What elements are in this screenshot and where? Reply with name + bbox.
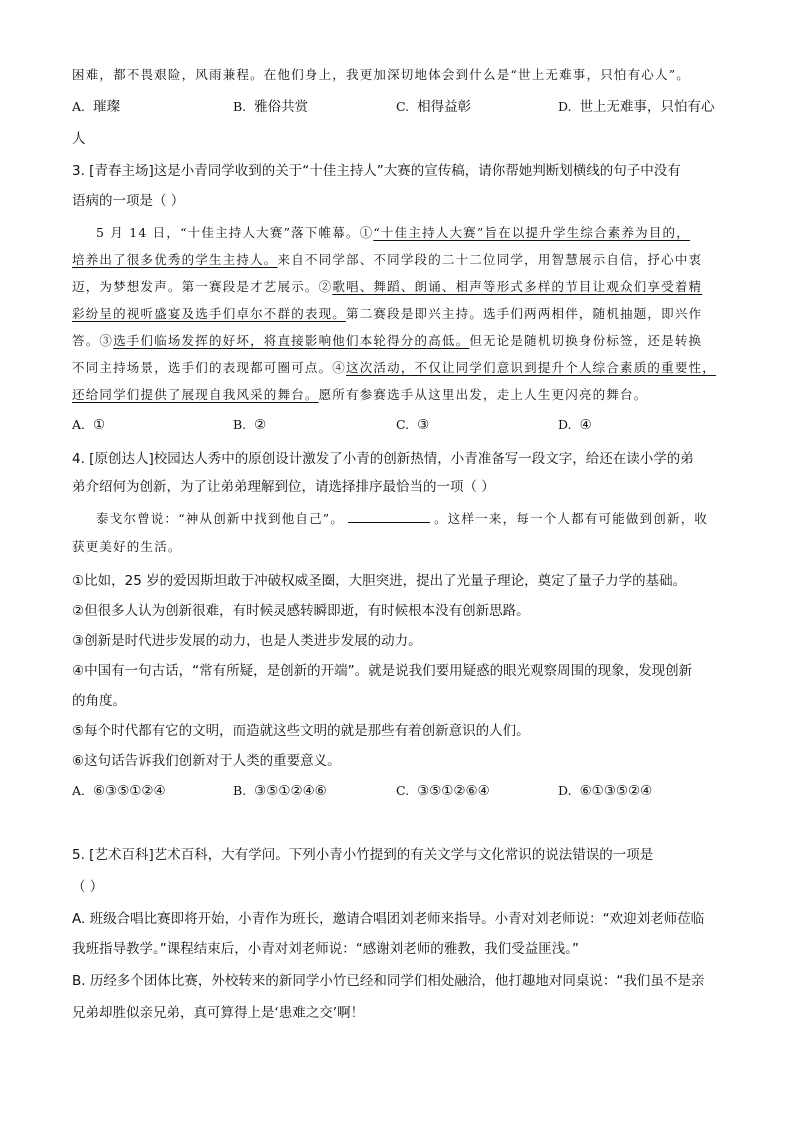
passage-text: 来自不同学部、不同学段的二十二位同学，用智慧展示自信，抒心中衷: [278, 252, 703, 267]
q4-option-c[interactable]: C.③⑤①②⑥④: [396, 782, 490, 800]
q4-sentence-4-cont: 的角度。: [72, 692, 126, 710]
q3-option-c[interactable]: C.③: [396, 416, 429, 434]
option-text: 世上无难事，只怕有心: [580, 99, 715, 115]
q3-option-a[interactable]: A.①: [72, 416, 105, 434]
underlined-sentence-3: 选手们临场发挥的好坏，将直接影响他们本轮得分的高低。: [113, 333, 469, 348]
q5-option-b-cont: 兄弟却胜似亲兄弟，真可算得上是‘患难之交’啊！: [72, 1004, 364, 1022]
q4-passage: 泰戈尔曾说：“神从创新中找到他自己”。。这样一来，每一个人都有可能做到创新，收: [96, 510, 708, 528]
option-label: A.: [72, 417, 85, 432]
option-label: C.: [396, 99, 409, 114]
option-text: ⑥③⑤①②④: [93, 783, 166, 799]
underlined-sentence-1: “十佳主持人大赛”旨在以提升学生综合素养为目的，: [373, 225, 690, 240]
option-label: D.: [558, 99, 572, 114]
underlined-sentence-4: 这次活动，不仅让同学们意识到提升个人综合素质的重要性，: [346, 360, 716, 375]
option-label: D.: [558, 783, 572, 798]
q4-sentence-5: ⑤每个时代都有它的文明，而造就这些文明的就是那些有着创新意识的人们。: [72, 722, 530, 740]
q4-sentence-1: ①比如，25 岁的爱因斯坦敢于冲破权威圣圈，大胆突进，提出了光量子理论，奠定了量…: [72, 572, 686, 590]
q4-option-d[interactable]: D.⑥①③⑤②④: [558, 782, 652, 800]
passage-text: 。这样一来，每一个人都有可能做到创新，收: [434, 511, 708, 526]
q4-stem-cont: 弟介绍何为创新，为了让弟弟理解到位，请选择排序最恰当的一项（ ）: [72, 478, 495, 496]
q5-option-a[interactable]: A. 班级合唱比赛即将开始，小青作为班长，邀请合唱团刘老师来指导。小青对刘老师说…: [72, 910, 704, 928]
option-label: C.: [396, 783, 409, 798]
q4-passage-cont: 获更美好的生活。: [72, 538, 182, 556]
underlined-sentence-2: 歌唱、舞蹈、朗诵、相声等形式多样的节目让观众们享受着精: [332, 279, 702, 294]
q5-stem-cont: （ ）: [72, 878, 103, 896]
q3-passage-line: 培养出了很多优秀的学生主持人。来自不同学部、不同学段的二十二位同学，用智慧展示自…: [72, 251, 702, 269]
q2-option-b[interactable]: B.雅俗共赏: [233, 98, 308, 116]
option-text: 相得益彰: [417, 99, 471, 115]
q3-passage-line: 5 月 14 日，“十佳主持人大赛”落下帷幕。①“十佳主持人大赛”旨在以提升学生…: [96, 224, 690, 242]
q4-sentence-2: ②但很多人认为创新很难，有时候灵感转瞬即逝，有时候根本没有创新思路。: [72, 602, 530, 620]
q3-passage-line: 彩纷呈的视听盛宴及选手们卓尔不群的表现。第二赛段是即兴主持。选手们两两相伴，随机…: [72, 305, 702, 323]
q3-option-d[interactable]: D.④: [558, 416, 592, 434]
option-text: ①: [93, 417, 105, 433]
q3-passage-line: 迈，为梦想发声。第一赛段是才艺展示。②歌唱、舞蹈、朗诵、相声等形式多样的节目让观…: [72, 278, 702, 296]
option-label: B.: [233, 783, 246, 798]
passage-text: 但无论是随机切换身份标签，还是转换: [469, 333, 702, 348]
passage-text: 泰戈尔曾说：“神从创新中找到他自己”。: [96, 511, 344, 526]
q3-passage-line: 不同主持场景，选手们的表现都可圈可点。④这次活动，不仅让同学们意识到提升个人综合…: [72, 359, 716, 377]
underlined-sentence-2: 彩纷呈的视听盛宴及选手们卓尔不群的表现。: [72, 306, 346, 321]
q2-option-d[interactable]: D.世上无难事，只怕有心: [558, 98, 715, 116]
q3-stem: 3. [青春主场]这是小青同学收到的关于“十佳主持人”大赛的宣传稿，请你帮她判断…: [72, 162, 681, 180]
q3-option-b[interactable]: B.②: [233, 416, 266, 434]
option-text: 璀璨: [93, 99, 120, 115]
q2-option-c[interactable]: C.相得益彰: [396, 98, 471, 116]
passage-text: 5 月 14 日，“十佳主持人大赛”落下帷幕。①: [96, 225, 373, 240]
option-label: C.: [396, 417, 409, 432]
option-text: ②: [254, 417, 266, 433]
option-text: ⑥①③⑤②④: [580, 783, 653, 799]
passage-text: 迈，为梦想发声。第一赛段是才艺展示。②: [72, 279, 332, 294]
underlined-sentence-1: 培养出了很多优秀的学生主持人。: [72, 252, 278, 267]
option-text: ③⑤①②⑥④: [417, 783, 490, 799]
q4-option-a[interactable]: A.⑥③⑤①②④: [72, 782, 166, 800]
option-text: ④: [580, 417, 592, 433]
passage-text: 不同主持场景，选手们的表现都可圈可点。④: [72, 360, 346, 375]
option-label: A.: [72, 99, 85, 114]
q2-option-a[interactable]: A.璀璨: [72, 98, 120, 116]
passage-text: 愿所有参赛选手从这里出发，走上人生更闪亮的舞台。: [319, 387, 648, 402]
underlined-sentence-4: 还给同学们提供了展现自我风采的舞台。: [72, 387, 319, 402]
answer-blank[interactable]: [348, 510, 430, 523]
q5-option-a-cont: 我班指导教学。”课程结束后，小青对刘老师说：“感谢刘老师的雅教，我们受益匪浅。”: [72, 940, 579, 958]
option-text: ③: [417, 417, 429, 433]
passage-text: 第二赛段是即兴主持。选手们两两相伴，随机抽题，即兴作: [346, 306, 702, 321]
q3-passage-line: 答。③选手们临场发挥的好坏，将直接影响他们本轮得分的高低。但无论是随机切换身份标…: [72, 332, 702, 350]
q3-stem-cont: 语病的一项是（ ）: [72, 192, 184, 210]
option-label: A.: [72, 783, 85, 798]
option-label: B.: [233, 417, 246, 432]
q4-option-b[interactable]: B.③⑤①②④⑥: [233, 782, 327, 800]
q5-option-b[interactable]: B. 历经多个团体比赛，外校转来的新同学小竹已经和同学们相处融洽，他打趣地对同桌…: [72, 972, 704, 990]
q4-sentence-6: ⑥这句话告诉我们创新对于人类的重要意义。: [72, 752, 341, 770]
q4-sentence-4: ④中国有一句古话，“常有所疑，是创新的开端”。就是说我们要用疑惑的眼光观察周围的…: [72, 662, 692, 680]
q5-stem: 5. [艺术百科]艺术百科，大有学问。下列小青小竹提到的有关文学与文化常识的说法…: [72, 846, 653, 864]
q4-stem: 4. [原创达人]校园达人秀中的原创设计激发了小青的创新热情，小青准备写一段文字…: [72, 450, 694, 468]
option-label: D.: [558, 417, 572, 432]
option-text: ③⑤①②④⑥: [254, 783, 327, 799]
q3-passage-line: 还给同学们提供了展现自我风采的舞台。愿所有参赛选手从这里出发，走上人生更闪亮的舞…: [72, 386, 647, 404]
option-label: B.: [233, 99, 246, 114]
q2-option-d-wrap: 人: [72, 130, 86, 148]
option-text: 雅俗共赏: [254, 99, 308, 115]
q2-passage-tail: 困难，都不畏艰险，风雨兼程。在他们身上，我更加深切地体会到什么是“世上无难事，只…: [72, 66, 690, 84]
q4-sentence-3: ③创新是时代进步发展的动力，也是人类进步发展的动力。: [72, 632, 422, 650]
passage-text: 答。③: [72, 333, 113, 348]
